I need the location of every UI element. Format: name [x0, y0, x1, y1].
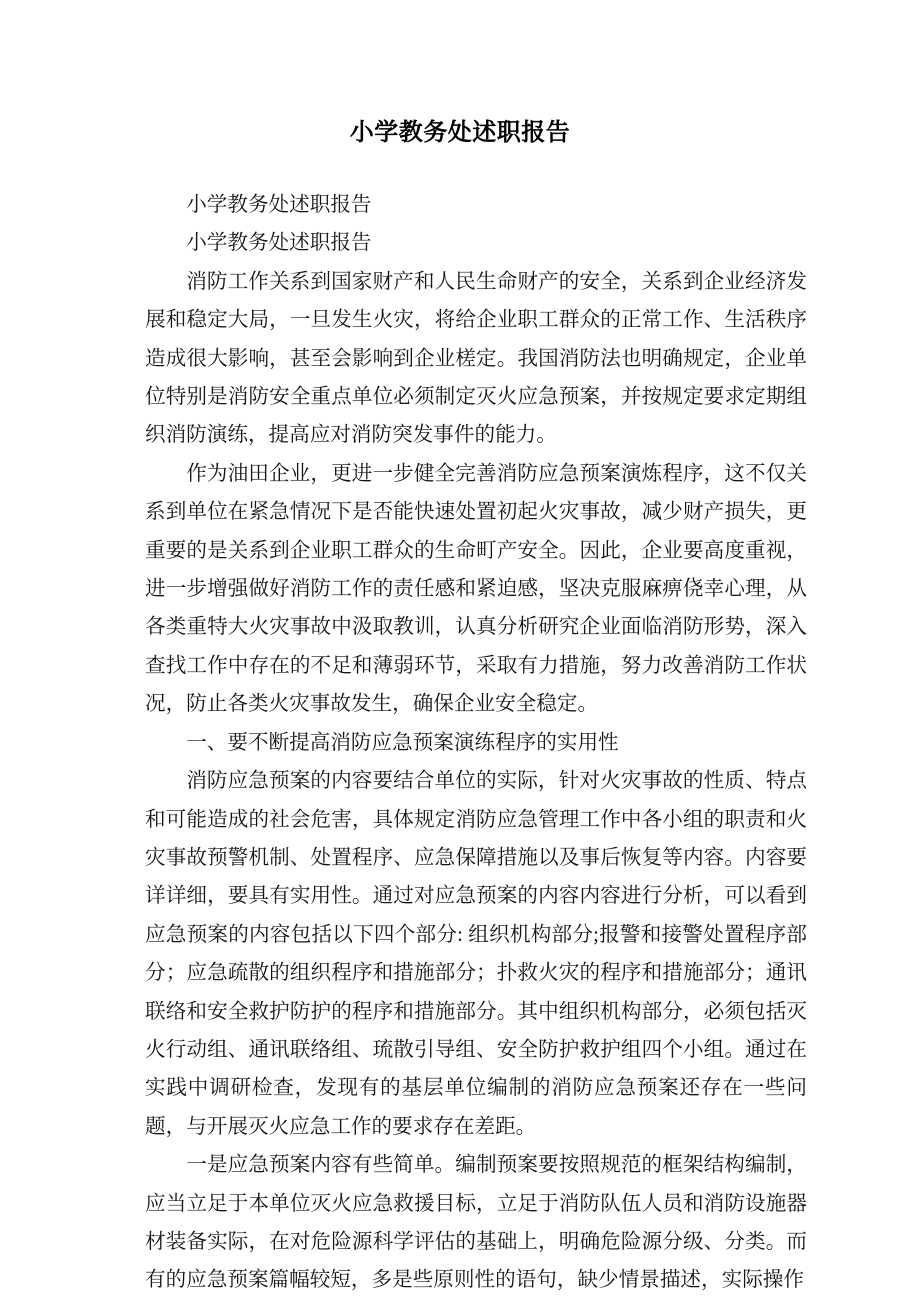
document-title: 小学教务处述职报告: [0, 0, 920, 150]
subtitle-line: 小学教务处述职报告: [145, 186, 807, 224]
body-paragraph: 一是应急预案内容有些简单。编制预案要按照规范的框架结构编制，应当立足于本单位灭火…: [145, 1146, 807, 1300]
subtitle-line: 小学教务处述职报告: [145, 224, 807, 262]
document-body: 小学教务处述职报告小学教务处述职报告消防工作关系到国家财产和人民生命财产的安全，…: [145, 186, 807, 1300]
body-paragraph: 消防应急预案的内容要结合单位的实际，针对火灾事故的性质、特点和可能造成的社会危害…: [145, 762, 807, 1146]
body-paragraph: 作为油田企业，更进一步健全完善消防应急预案演炼程序，这不仅关系到单位在紧急情况下…: [145, 455, 807, 724]
document-page: 小学教务处述职报告 小学教务处述职报告小学教务处述职报告消防工作关系到国家财产和…: [0, 0, 920, 1301]
section-heading: 一、要不断提高消防应急预案演练程序的实用性: [145, 724, 807, 762]
body-paragraph: 消防工作关系到国家财产和人民生命财产的安全，关系到企业经济发展和稳定大局，一旦发…: [145, 263, 807, 455]
